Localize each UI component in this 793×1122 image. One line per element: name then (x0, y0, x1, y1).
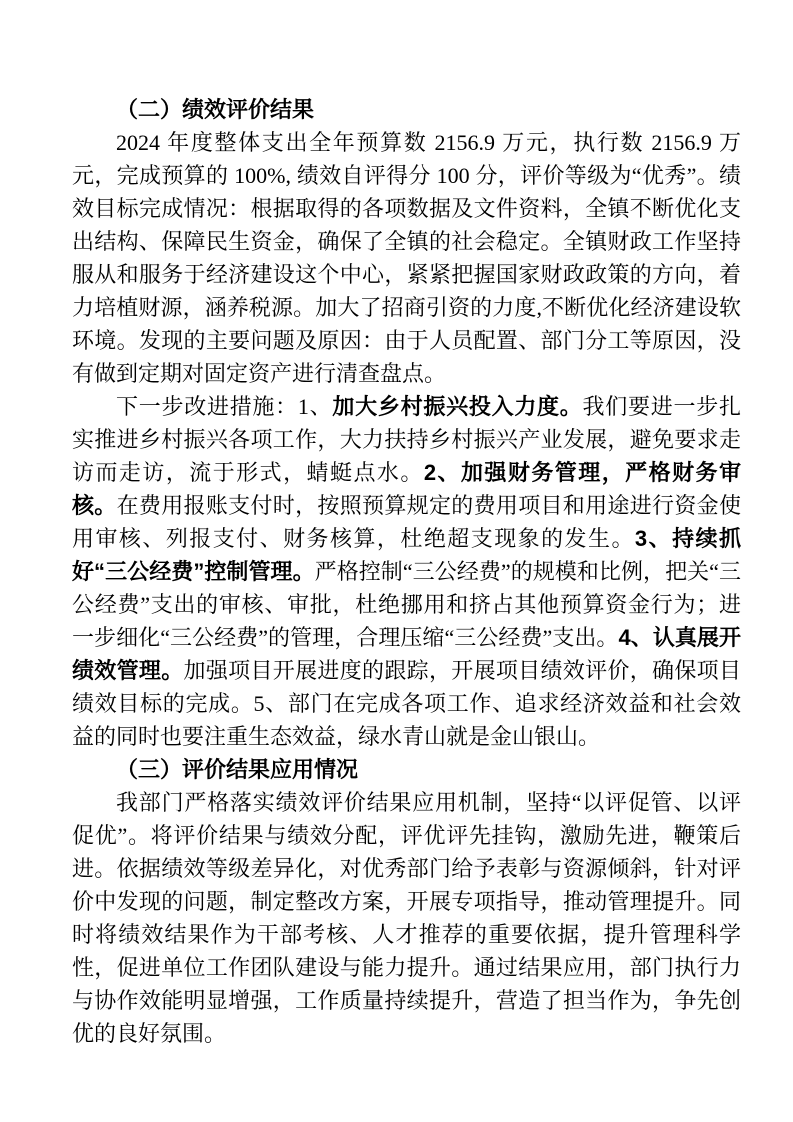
section-heading-evaluation-results: （二）绩效评价结果 (72, 93, 741, 126)
section-heading-result-application: （三）评价结果应用情况 (72, 753, 741, 786)
document-body: （二）绩效评价结果 2024 年度整体支出全年预算数 2156.9 万元，执行数… (72, 93, 741, 1050)
paragraph-improvement-measures: 下一步改进措施：1、加大乡村振兴投入力度。我们要进一步扎实推进乡村振兴各项工作，… (72, 390, 741, 753)
document-page: （二）绩效评价结果 2024 年度整体支出全年预算数 2156.9 万元，执行数… (0, 0, 793, 1122)
bold-text-run: 加大乡村振兴投入力度。 (332, 394, 582, 419)
paragraph-evaluation-summary: 2024 年度整体支出全年预算数 2156.9 万元，执行数 2156.9 万元… (72, 126, 741, 390)
text-run: 我部门严格落实绩效评价结果应用机制，坚持“以评促管、以评促优”。将评价结果与绩效… (72, 790, 741, 1046)
paragraph-result-application: 我部门严格落实绩效评价结果应用机制，坚持“以评促管、以评促优”。将评价结果与绩效… (72, 786, 741, 1050)
text-run: 2024 年度整体支出全年预算数 2156.9 万元，执行数 2156.9 万元… (72, 130, 741, 386)
text-run: 下一步改进措施：1、 (116, 394, 332, 419)
